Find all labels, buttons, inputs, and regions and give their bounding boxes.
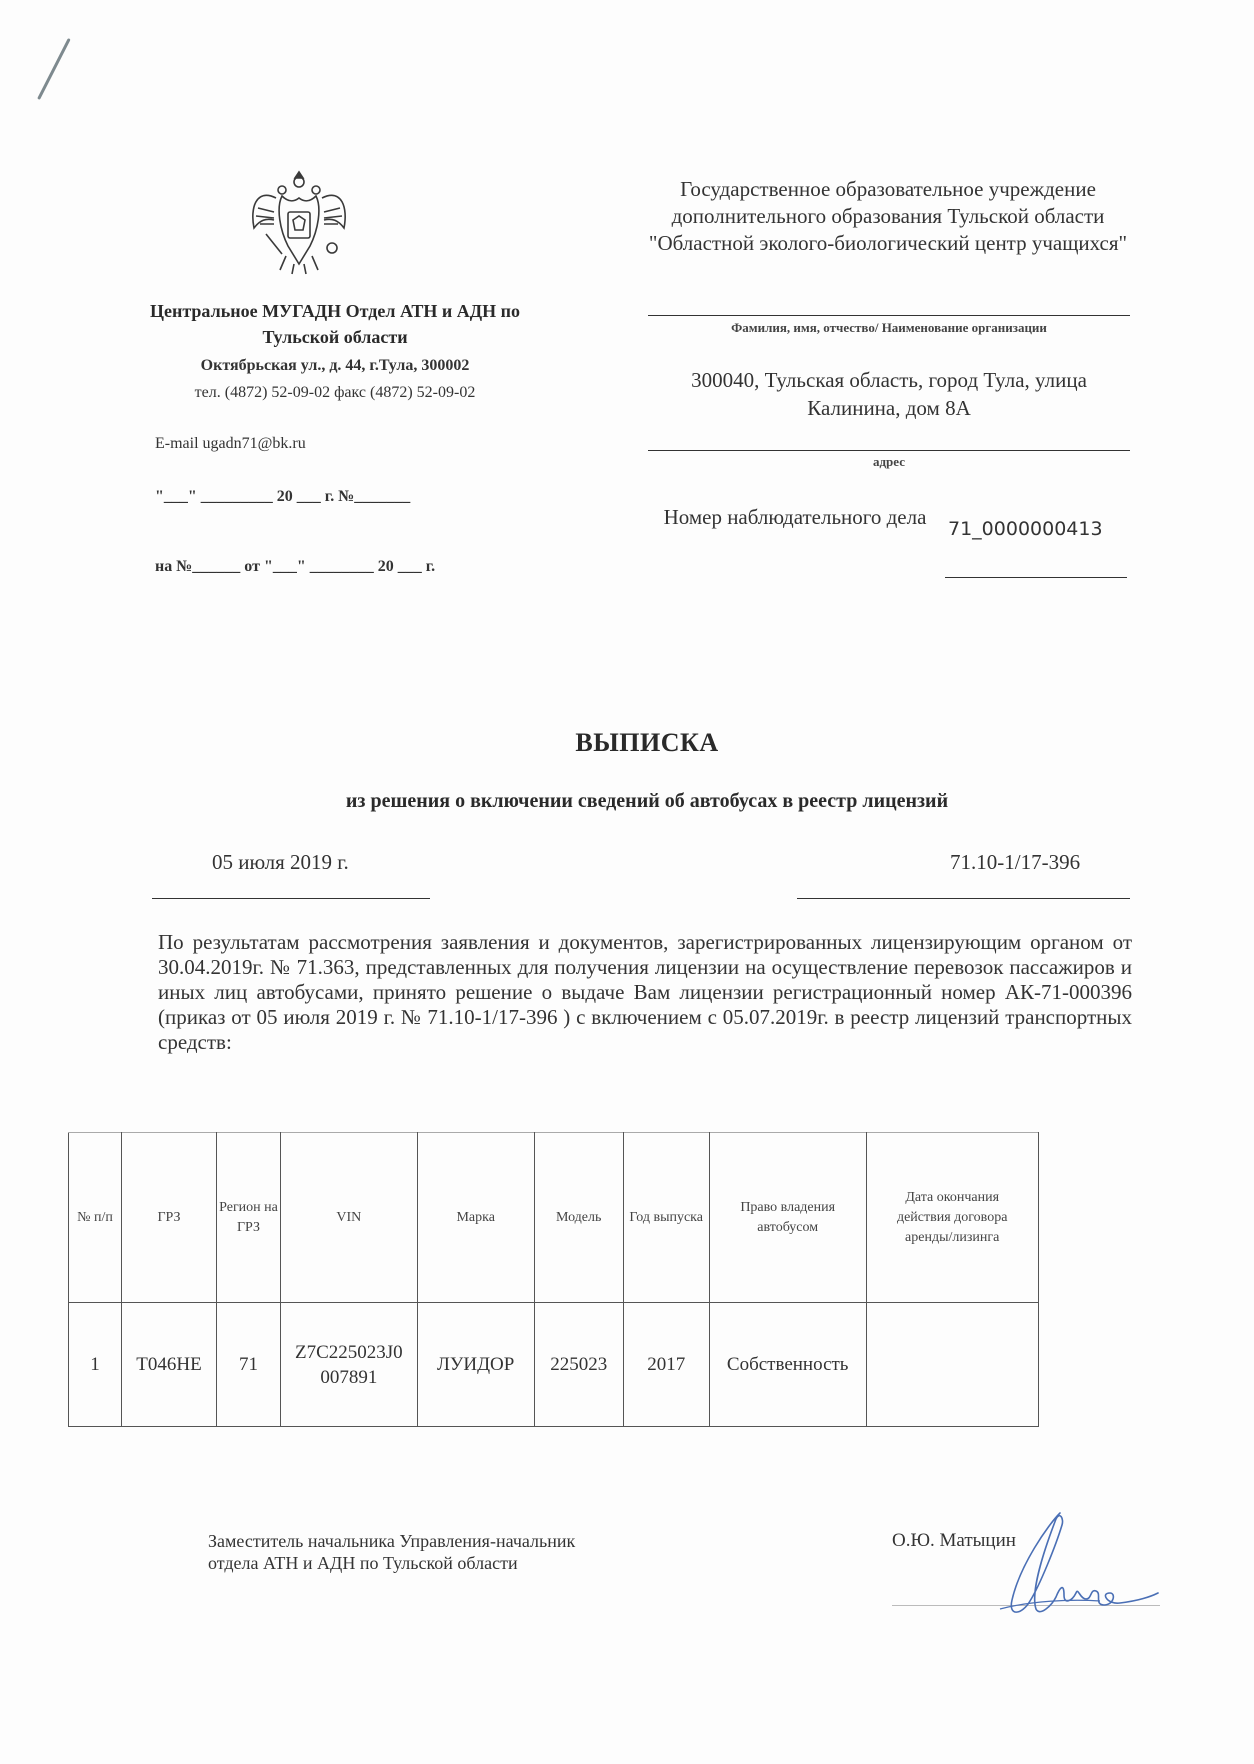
signer-title: Заместитель начальника Управления-началь… xyxy=(208,1530,628,1574)
divider xyxy=(945,577,1127,578)
recipient-name: Государственное образовательное учрежден… xyxy=(648,176,1128,257)
document-body: По результатам рассмотрения заявления и … xyxy=(158,930,1132,1055)
cell-number: 1 xyxy=(69,1303,122,1427)
table-row: 1 Т046НЕ 71 Z7C225023J0 007891 ЛУИДОР 22… xyxy=(69,1303,1039,1427)
incoming-reference-line: на №______ от "___" ________ 20 ___ г. xyxy=(155,558,435,576)
cell-year: 2017 xyxy=(623,1303,709,1427)
column-header: Марка xyxy=(417,1133,534,1303)
divider xyxy=(648,315,1130,316)
column-header: Год выпуска xyxy=(623,1133,709,1303)
table-header-row: № п/п ГРЗ Регион на ГРЗ VIN Марка Модель… xyxy=(69,1133,1039,1303)
cell-model: 225023 xyxy=(534,1303,623,1427)
sender-phone-fax: тел. (4872) 52-09-02 факс (4872) 52-09-0… xyxy=(150,384,520,402)
column-header: Дата окончания действия договора аренды/… xyxy=(866,1133,1038,1303)
sender-address: Октябрьская ул., д. 44, г.Тула, 300002 xyxy=(150,357,520,375)
cell-vin: Z7C225023J0 007891 xyxy=(281,1303,418,1427)
recipient-address: 300040, Тульская область, город Тула, ул… xyxy=(648,366,1130,422)
column-header: Регион на ГРЗ xyxy=(217,1133,281,1303)
column-header: № п/п xyxy=(69,1133,122,1303)
document-subtitle: из решения о включении сведений об автоб… xyxy=(0,790,1254,813)
document-title: ВЫПИСКА xyxy=(0,728,1254,758)
sender-organization: Центральное МУГАДН Отдел АТН и АДН по Ту… xyxy=(150,298,520,350)
cell-ownership: Собственность xyxy=(709,1303,866,1427)
column-header: Право владения автобусом xyxy=(709,1133,866,1303)
divider xyxy=(152,898,430,899)
cell-plate: Т046НЕ xyxy=(122,1303,217,1427)
divider xyxy=(648,450,1130,451)
column-header: Модель xyxy=(534,1133,623,1303)
recipient-address-caption: адрес xyxy=(648,454,1130,470)
cell-region: 71 xyxy=(217,1303,281,1427)
vehicles-table: № п/п ГРЗ Регион на ГРЗ VIN Марка Модель… xyxy=(68,1132,1039,1427)
case-number-label: Номер наблюдательного дела xyxy=(660,502,930,532)
cell-make: ЛУИДОР xyxy=(417,1303,534,1427)
cell-lease-end xyxy=(866,1303,1038,1427)
outgoing-number-line: "___" _________ 20 ___ г. №_______ xyxy=(155,488,410,506)
handwritten-signature-icon xyxy=(960,1505,1160,1625)
divider xyxy=(797,898,1130,899)
staple-mark xyxy=(37,38,71,100)
case-number-value: 71_0000000413 xyxy=(948,518,1103,540)
document-number: 71.10-1/17-396 xyxy=(950,850,1080,875)
russian-coat-of-arms-icon xyxy=(246,168,352,278)
column-header: ГРЗ xyxy=(122,1133,217,1303)
sender-email: E-mail ugadn71@bk.ru xyxy=(155,435,306,453)
recipient-name-caption: Фамилия, имя, отчество/ Наименование орг… xyxy=(648,320,1130,336)
column-header: VIN xyxy=(281,1133,418,1303)
document-date: 05 июля 2019 г. xyxy=(212,850,349,875)
